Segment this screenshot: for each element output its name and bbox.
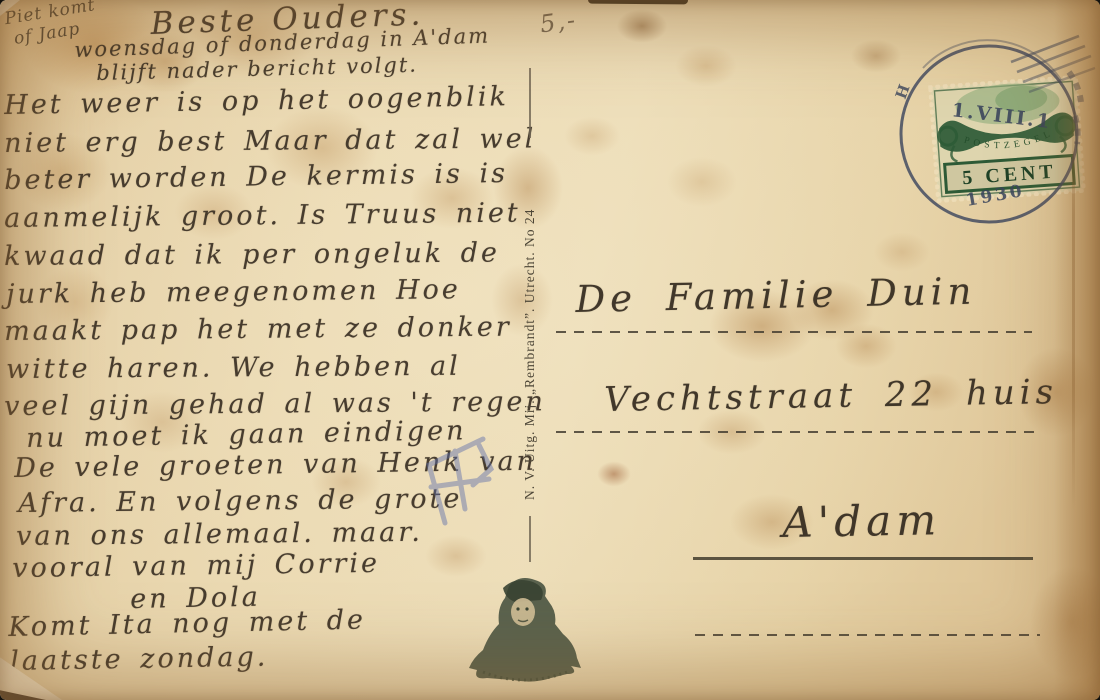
message-line: van ons allemaal. maar. xyxy=(16,517,423,552)
postmark-year: 1930 xyxy=(964,181,1026,211)
address-line-4 xyxy=(695,634,1040,636)
divider-segment-top xyxy=(529,68,531,138)
message-line: vooral van mij Corrie xyxy=(12,548,380,584)
address-city: A'dam xyxy=(782,495,941,547)
postmark-left-letter: H xyxy=(892,82,914,101)
blue-crayon-mark xyxy=(395,425,510,540)
address-line-3 xyxy=(693,557,1033,560)
message-line: jurk heb meegenomen Hoe xyxy=(6,274,461,310)
address-line-1 xyxy=(556,331,1032,333)
divider-segment-bottom xyxy=(529,516,531,562)
message-line: kwaad dat ik per ongeluk de xyxy=(4,238,500,272)
top-edge-wear xyxy=(588,0,688,4)
postmark-date: 1.VIII.1 xyxy=(950,99,1053,133)
right-edge-shading xyxy=(1054,0,1100,700)
message-line: laatste zondag. xyxy=(10,641,269,676)
dealer-price-mark: 5,- xyxy=(538,6,579,39)
message-line: niet erg best Maar dat zal wel xyxy=(4,123,536,159)
message-line: beter worden De kermis is is xyxy=(4,158,508,196)
message-line: witte haren. We hebben al xyxy=(6,351,461,385)
postcard-back: Piet komt of Jaap Beste Ouders. woensdag… xyxy=(0,0,1100,700)
address-street: Vechtstraat 22 huis xyxy=(604,372,1058,420)
address-name: De Familie Duin xyxy=(575,270,977,321)
publisher-rembrandt-emblem xyxy=(463,572,588,687)
message-line: aanmelijk groot. Is Truus niet xyxy=(4,198,521,234)
address-line-2 xyxy=(556,431,1034,433)
message-line: Het weer is op het oogenblik xyxy=(4,81,509,121)
message-line: maakt pap het met ze donker xyxy=(4,312,512,347)
message-line: Komt Ita nog met de xyxy=(8,605,366,643)
publisher-imprint: N. V. Uitg. Mij. „Rembrandt”. Utrecht. N… xyxy=(522,138,538,500)
